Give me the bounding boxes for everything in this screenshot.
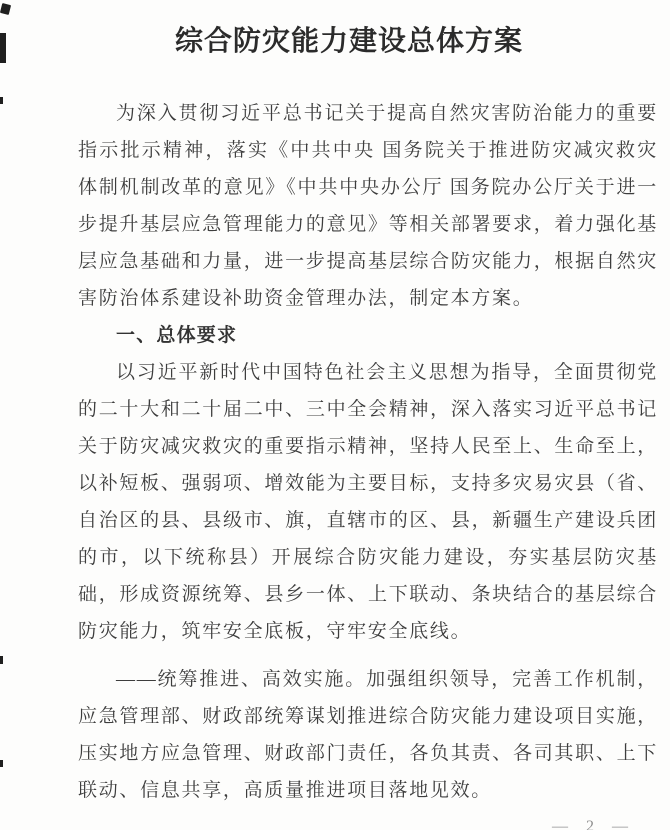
scan-smudge-icon (0, 656, 3, 664)
scan-smudge-icon (0, 3, 11, 15)
paragraph-guiding-ideology: 以习近平新时代中国特色社会主义思想为指导，全面贯彻党的二十大和二十届二中、三中全… (78, 354, 658, 650)
section-heading-overall-requirements: 一、总体要求 (78, 317, 658, 354)
scanned-document-page: 综合防灾能力建设总体方案 为深入贯彻习近平总书记关于提高自然灾害防治能力的重要指… (0, 0, 670, 830)
document-body: 为深入贯彻习近平总书记关于提高自然灾害防治能力的重要指示批示精神，落实《中共中央… (78, 95, 658, 809)
scan-smudge-icon (0, 33, 6, 63)
paragraph-intro: 为深入贯彻习近平总书记关于提高自然灾害防治能力的重要指示批示精神，落实《中共中央… (78, 95, 658, 317)
document-title: 综合防灾能力建设总体方案 (14, 0, 670, 59)
page-number: — 2 — (552, 816, 670, 830)
scan-smudge-icon (0, 760, 3, 767)
paragraph-principle-coordinated-implementation: ——统筹推进、高效实施。加强组织领导，完善工作机制，应急管理部、财政部统筹谋划推… (78, 661, 658, 809)
scan-smudge-icon (0, 97, 3, 104)
